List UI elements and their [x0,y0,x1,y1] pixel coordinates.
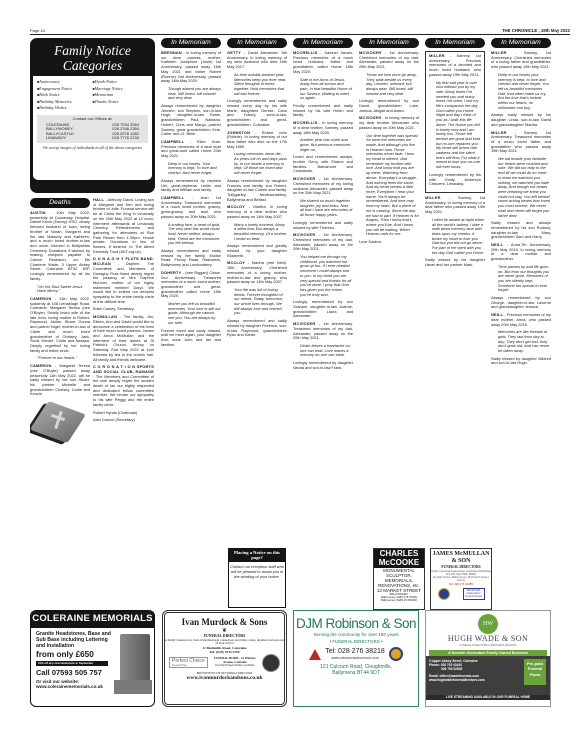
phone-number: Tel: 028 276 38218 [325,648,385,656]
notice-signoff: Always sadly missed by his daughter Lind… [491,113,551,127]
memoriam-column-3: In Memoriam MCCRELLIS - Samuel James. Pr… [293,38,353,608]
notice-verse: "On His Soul Sweet Jesus Have Mercy." [30,285,90,294]
deaths-column-2: HALL - Anthony David. Loving son of Marg… [93,198,154,608]
memoriam-column-4: In Memoriam MCVICKER - 1st Anniversary. … [359,38,419,538]
ad-title: Ivan Murdock & Sons [165,616,284,628]
categories-title: Family Notice Categories [33,43,152,73]
office-row: LIMAVADY:028 7776 2130 [41,136,144,141]
perfect-choice-logo: Perfect ChoiceFuneral Plan [169,657,208,668]
notice-signoff: Always remembered by daughter Frances an… [227,179,287,203]
notice-signoff: Sadly missed and always remembered by hi… [491,221,551,240]
notice-signoff: Lovingly remembered by son Graham, daugh… [293,300,353,319]
notice-verse: We shared so much together, laughter, jo… [293,199,353,218]
placing-notice-body: Contact our reception staff who will be … [229,562,285,579]
notice-verse: "Forever in our hearts." [30,356,90,361]
death-notice: C O R O N A T I O N SPORTS AND SOCIAL CL… [93,365,154,407]
ad-title: HUGH WADE & SON [426,634,550,644]
notice-verse: Mother you left us beautiful memories, Y… [161,302,221,326]
memoriam-notice: MCVICKER - 1st Anniversary. Treasured me… [293,322,353,341]
memoriam-column-5: In Memoriam MILLER - Sammy. 1st Annivers… [425,38,485,508]
memoriam-notice: CAMPBELL - Ellen Jean. Precious memories… [161,140,221,159]
bifd-seal-icon [262,654,280,672]
notice-verse: Though absent you are always near, Still… [161,87,221,101]
placing-notice-box: Placing a Notice on this page? Contact o… [228,548,286,608]
memoriam-notice: MILLER - Sammy, 1st Anniversary. Cherish… [491,51,551,70]
memoriam-column-1: In Memoriam BRENNAN - In loving memory o… [161,38,221,608]
death-notice: CAMERON - 11th May 2022, suddenly at 108… [30,297,90,353]
memoriam-notice: MCCRELLIS - In loving memory of a dear b… [293,121,353,135]
notice-signature: Brian Cauley, Secretary. [93,307,154,312]
notice-signoff: Always remembered and sadly missed by he… [161,249,221,268]
category-item: Engagement Notice [37,86,93,93]
bifd-seal-icon [438,588,450,600]
notice-verse: Your life was full of loving deeds, Fore… [227,288,287,316]
notice-verse: Deep in our hearts your memory is kept, … [491,73,551,111]
category-item: Marriage Notice [93,86,149,93]
notice-signoff: Always remembered and greatly missed by … [227,244,287,258]
notice-verse: We sat beside your bedside, our hearts w… [491,157,551,218]
memoriam-notice: MCVICKER - 1st Anniversary. Cherished me… [293,177,353,196]
notice-verse: Death leaves a heartache no-one can heal… [293,344,353,358]
notice-verse: Memories are like threads of gold, They … [491,330,551,354]
notice-verse: I often lie awake at night when all the … [425,218,485,256]
warning-triangle-logo-icon [309,649,321,660]
notice-signoff: Always remembered by son George, daughte… [491,296,551,310]
in-memoriam-heading: In Memoriam [359,38,419,48]
notice-signoff: Always remembered and sadly missed by da… [227,319,287,338]
category-item: Death Notice [93,79,149,86]
memoriam-notice: MILLER - Sammy. 1st Anniversary. Preciou… [429,54,481,78]
ivan-murdock-ad[interactable]: Ivan Murdock & Sons ❦ FUNERAL DIRECTORS … [162,610,287,707]
james-mcmullan-ad[interactable]: JAMES McMULLAN& SON FUNERAL DIRECTORS Un… [430,548,492,610]
notice-signoff: Sadly missed by his daughter Hazel and h… [425,258,485,267]
death-notice: CAMERON - Margaret Teresa (nee O'Boyle) … [30,364,90,397]
framed-notice: MILLER - Sammy. 1st Anniversary. Preciou… [425,51,485,193]
memoriam-notice: MCVICKER - In loving memory of my dear b… [359,116,419,130]
placing-notice-heading: Placing a Notice on this page? [229,549,285,562]
notice-verse: Loving memories never die, As years roll… [227,152,287,176]
coleraine-memorials-ad[interactable]: COLERAINE MEMORIALS Granite Headstones, … [30,610,155,707]
memoriam-notice: JOHNSTON - Robert John (Robbie). In lovi… [227,131,287,150]
memoriam-notice: MCCLOY - Martha (nee Neill). 15th Annive… [227,261,287,285]
memoriam-notice: MCVICKER - 1st Anniversary. Cherished me… [359,51,419,70]
categories-list: Anniversary Death Notice Engagement Noti… [37,79,148,112]
notice-verse: Time passes by and life goes on, But fro… [491,265,551,293]
category-item: Memoriam [93,92,149,99]
notice-signature: Alan Carson (Secretary) [93,418,154,423]
memoriam-notice: GETTY - David Alexander. 5th Anniversary… [227,51,287,70]
in-memoriam-heading: In Memoriam [425,38,485,48]
in-memoriam-heading: In Memoriam [491,38,551,48]
djm-robinson-ad[interactable]: DJM Robinson & Son Serving the community… [293,610,419,707]
death-notice: D U N A G H Y FLUTE BAND. MCLEAN - Daphn… [93,257,154,304]
hugh-wade-ad[interactable]: HW HUGH WADE & SON FUNERAL DIRECTORS & M… [425,610,551,707]
notice-verse: My first sad year is over now without yo… [429,81,481,170]
phone-number: Call 07593 505 757 [36,668,149,677]
notice-signoff: Forever loved and sadly missed, until we… [161,329,221,348]
website-link[interactable]: www.robinsonsofculcrum.com [325,656,385,660]
ad-title: JAMES McMULLAN& SON [431,551,491,565]
nafd-badge-icon [389,647,403,661]
memoriam-column-6: In Memoriam MILLER - Sammy, 1st Annivers… [491,38,551,608]
memoriam-column-2: In Memoriam GETTY - David Alexander. 5th… [227,38,287,548]
category-item: Birthday Memories [37,99,93,106]
notice-signoff: Always remembered by daughter Jennifer, … [161,104,221,137]
memoriam-notice: MCVICKER - 1st Anniversary. Cherished me… [293,233,353,252]
notice-verse: Deep in our hearts, Your memory is kept,… [161,162,221,176]
notice-verse: Safe in the Arms of Jesus, Away from all… [293,78,353,102]
bible-icon [30,403,90,443]
in-memoriam-heading: In Memoriam [293,38,353,48]
memoriam-notice: MCCRELLIS - Samuel James. Precious memor… [293,51,353,75]
selected-badge: SELECTED Independent Funeral Homes [463,588,485,600]
charles-mccooke-ad[interactable]: CHARLESMcCOOKE MONUMENTAL SCULPTOR, MEMO… [373,548,425,610]
notice-signature: Robert Hynds (Chairman) [93,411,154,416]
prepaid-plans-badge: Pre-paid Funeral Plans [524,659,546,685]
website-link[interactable]: www.ivanmurdockandsons.co.uk [165,675,284,682]
accept-note: We accept images of individuals in all o… [37,146,148,151]
notice-verse: Our time together was special, So were t… [359,134,419,237]
page-header: Page 24 THE CHRONICLE , 19th May 2022 [30,25,570,35]
deaths-heading: Deaths [30,198,90,208]
family-notice-categories-box: Family Notice Categories Anniversary Dea… [30,38,155,193]
memoriam-notice: NEILL - Precious memories of my dear mot… [491,313,551,327]
ad-title: COLERAINE MEMORIALS [31,611,154,628]
ad-title: DJM Robinson & Son [294,615,418,632]
page-number: Page 24 [30,28,45,33]
death-notice: HALL - Anthony David. Loving son of Marg… [93,198,154,254]
ad-title: CHARLESMcCOOKE [374,549,424,568]
category-item: Birthday Wishes [37,105,93,112]
notice-signoff: Sadly missed by daughter Mildred and son… [491,357,551,366]
deaths-column: Deaths AUSTIN - 10th May 2022, peacefull… [30,198,90,608]
notice-signoff: Lovingly remembered by son David, grandc… [359,99,419,113]
memoriam-notice: DOHERTY - (nee Biggart) Cissie. 2nd Anni… [161,271,221,299]
hw-logo-icon: HW [478,614,498,634]
notice-signoff: Lovingly remembered and sadly missed by … [293,221,353,230]
notice-verse: A smiling face, a heart of gold, The ver… [161,223,221,247]
notice-signoff: Loved and remembered always, brother Ger… [293,155,353,174]
category-item: Anniversary [37,79,93,86]
memoriam-notice: CAMPBELL - Jean 1st Anniversary. Treasur… [161,196,221,220]
notice-verse: As time unfolds another year, Memories k… [227,73,287,97]
notice-signoff: Love Davina. [359,240,419,245]
memoriam-notice: MILLER - Sammy. 1st Anniversary. Treasur… [491,131,551,155]
notice-verse: Another year has come and gone, But prec… [293,138,353,152]
category-item: Thanks Notice [93,99,149,106]
memoriam-notice: MILLER - Sammy, 1st Anniversary. In lovi… [425,196,485,215]
in-memoriam-heading: In Memoriam [227,38,287,48]
categories-panel: Anniversary Death Notice Engagement Noti… [33,76,152,180]
notice-signoff: Always remembered by nephew Uel, great-n… [161,179,221,193]
notice-verse: Those we love don't go away, They walk b… [359,73,419,97]
category-item: Birth Notice [37,92,93,99]
website-link[interactable]: www.colerainememorials.co.uk [36,684,149,689]
notice-signoff: Lovingly remembered by his wife Emily. A… [429,173,481,187]
death-notice: AUSTIN - 10th May 2022, peacefully at Ca… [30,211,90,282]
notice-signoff: Fondly remembered and sadly missed by hi… [293,104,353,118]
notice-signoff: Lovingly remembered by daughter Vanda an… [293,361,353,370]
in-memoriam-heading: In Memoriam [161,38,221,48]
memoriam-notice: BRENNAN - In loving memory of our dear p… [161,51,221,84]
publication-title: THE CHRONICLE , 19th May 2022 [502,28,570,33]
death-notice: MCMULLAN - The family, Jim, Eileen, Ann … [93,315,154,362]
memoriam-notice: NEILL - Anna.7th Anniversary, 20th May 2… [491,243,551,262]
notice-verse: Many a lonely moment, Many a silent tear… [227,223,287,242]
memoriam-notice: MCCLOY - Martha. In loving memory of a d… [227,205,287,219]
contact-offices: Contact our Offices at: COLERAINE:028 70… [37,115,148,143]
notice-signoff: Lovingly remembered and sadly missed eve… [227,99,287,127]
notice-verse: You helped me through my childhood, you … [293,255,353,297]
